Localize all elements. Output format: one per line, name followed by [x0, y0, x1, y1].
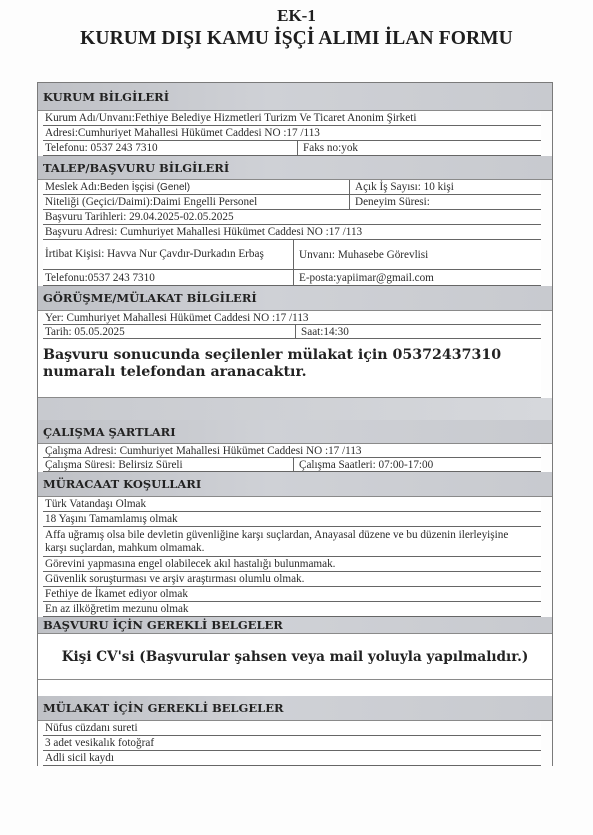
conditions-list: Türk Vatandaşı Olmak 18 Yaşını Tamamlamı… — [43, 497, 541, 617]
kurum-name-row: Kurum Adı/Unvanı:Fethiye Belediye Hizmet… — [43, 111, 541, 126]
work-address-row: Çalışma Adresi: Cumhuriyet Mahallesi Hük… — [43, 444, 541, 458]
document-title: KURUM DIŞI KAMU İŞÇİ ALIMI İLAN FORMU — [0, 28, 593, 50]
list-item: Fethiye de İkamet ediyor olmak — [43, 587, 541, 602]
list-item: Nüfus cüzdanı sureti — [43, 721, 541, 736]
condition-text: Affa uğramış olsa bile devletin güvenliğ… — [43, 527, 541, 556]
kurum-fax: Faks no:yok — [297, 141, 371, 155]
list-item: 18 Yaşını Tamamlamış olmak — [43, 512, 541, 527]
list-item: En az ilköğretim mezunu olmak — [43, 602, 541, 617]
section-header-basvuru-belgeler: BAŞVURU İÇİN GEREKLİ BELGELER — [38, 617, 552, 634]
interview-place-row: Yer: Cumhuriyet Mahallesi Hükümet Caddes… — [43, 311, 541, 325]
section-header-calisma: ÇALIŞMA ŞARTLARI — [38, 420, 552, 444]
nature-row: Niteliği (Geçici/Daimi):Daimi Engelli Pe… — [43, 195, 541, 210]
condition-text: Türk Vatandaşı Olmak — [43, 497, 541, 511]
spacer-band — [38, 398, 552, 420]
document-page: EK-1 KURUM DIŞI KAMU İŞÇİ ALIMI İLAN FOR… — [0, 0, 593, 835]
announcement-form: KURUM BİLGİLERİ Kurum Adı/Unvanı:Fethiye… — [37, 82, 553, 766]
profession-value: Beden İşçisi (Genel) — [100, 182, 190, 193]
section-header-talep: TALEP/BAŞVURU BİLGİLERİ — [38, 156, 552, 180]
contact-email[interactable]: E-posta:yapiimar@gmail.com — [293, 270, 541, 285]
application-address: Başvuru Adresi: Cumhuriyet Mahallesi Hük… — [43, 225, 541, 239]
profession-label: Meslek Adı: — [45, 181, 100, 193]
condition-text: En az ilköğretim mezunu olmak — [43, 602, 541, 616]
document-item: Adli sicil kaydı — [43, 751, 541, 765]
application-dates: Başvuru Tarihleri: 29.04.2025-02.05.2025 — [43, 210, 541, 224]
contact-person: İrtibat Kişisi: Havva Nur Çavdır-Durkadı… — [43, 240, 293, 269]
document-item: 3 adet vesikalık fotoğraf — [43, 736, 541, 750]
open-positions: Açık İş Sayısı: 10 kişi — [349, 180, 541, 194]
kurum-address-row: Adresi:Cumhuriyet Mahallesi Hükümet Cadd… — [43, 126, 541, 141]
condition-text: Görevini yapmasına engel olabilecek akıl… — [43, 557, 541, 571]
list-item: Türk Vatandaşı Olmak — [43, 497, 541, 512]
documents-list: Nüfus cüzdanı sureti 3 adet vesikalık fo… — [43, 721, 541, 766]
blank-cell — [371, 141, 541, 155]
contact-info-row: Telefonu:0537 243 7310 E-posta:yapiimar@… — [43, 270, 541, 286]
condition-text: Güvenlik soruşturması ve arşiv araştırma… — [43, 572, 541, 586]
contact-title: Unvanı: Muhasebe Görevlisi — [293, 240, 541, 269]
kurum-name: Kurum Adı/Unvanı:Fethiye Belediye Hizmet… — [43, 111, 541, 125]
interview-place: Yer: Cumhuriyet Mahallesi Hükümet Caddes… — [43, 311, 541, 324]
work-terms-row: Çalışma Süresi: Belirsiz Süreli Çalışma … — [43, 458, 541, 472]
condition-text: 18 Yaşını Tamamlamış olmak — [43, 512, 541, 526]
annex-label: EK-1 — [0, 6, 593, 26]
section-header-mulakat-belgeler: MÜLAKAT İÇİN GEREKLİ BELGELER — [38, 696, 552, 721]
contact-phone: Telefonu:0537 243 7310 — [43, 270, 293, 285]
work-hours: Çalışma Saatleri: 07:00-17:00 — [293, 458, 541, 471]
kurum-contact-row: Telefonu: 0537 243 7310 Faks no:yok — [43, 141, 541, 156]
section-header-kurum: KURUM BİLGİLERİ — [38, 83, 552, 111]
interview-date: Tarih: 05.05.2025 — [43, 325, 295, 338]
application-address-row: Başvuru Adresi: Cumhuriyet Mahallesi Hük… — [43, 225, 541, 240]
interview-note: Başvuru sonucunda seçilenler mülakat içi… — [38, 339, 541, 398]
profession-cell: Meslek Adı: Beden İşçisi (Genel) — [43, 180, 349, 194]
profession-row: Meslek Adı: Beden İşçisi (Genel) Açık İş… — [43, 180, 541, 195]
spacer — [38, 680, 552, 696]
list-item: Görevini yapmasına engel olabilecek akıl… — [43, 557, 541, 572]
experience-duration: Deneyim Süresi: — [349, 195, 541, 209]
section-header-mulakat: GÖRÜŞME/MÜLAKAT BİLGİLERİ — [38, 286, 552, 311]
condition-text: Fethiye de İkamet ediyor olmak — [43, 587, 541, 601]
work-duration: Çalışma Süresi: Belirsiz Süreli — [43, 458, 293, 471]
position-nature: Niteliği (Geçici/Daimi):Daimi Engelli Pe… — [43, 195, 349, 209]
dates-row: Başvuru Tarihleri: 29.04.2025-02.05.2025 — [43, 210, 541, 225]
contact-person-row: İrtibat Kişisi: Havva Nur Çavdır-Durkadı… — [43, 240, 541, 270]
list-item: Güvenlik soruşturması ve arşiv araştırma… — [43, 572, 541, 587]
interview-time-row: Tarih: 05.05.2025 Saat:14:30 — [43, 325, 541, 339]
interview-time: Saat:14:30 — [295, 325, 541, 338]
cv-note: Kişi CV'si (Başvurular şahsen veya mail … — [38, 634, 552, 680]
section-header-muracaat: MÜRACAAT KOŞULLARI — [38, 472, 552, 497]
kurum-phone: Telefonu: 0537 243 7310 — [43, 141, 297, 155]
list-item: Affa uğramış olsa bile devletin güvenliğ… — [43, 527, 541, 557]
work-address: Çalışma Adresi: Cumhuriyet Mahallesi Hük… — [43, 444, 541, 457]
kurum-address: Adresi:Cumhuriyet Mahallesi Hükümet Cadd… — [43, 126, 541, 140]
list-item: Adli sicil kaydı — [43, 751, 541, 766]
document-item: Nüfus cüzdanı sureti — [43, 721, 541, 735]
list-item: 3 adet vesikalık fotoğraf — [43, 736, 541, 751]
